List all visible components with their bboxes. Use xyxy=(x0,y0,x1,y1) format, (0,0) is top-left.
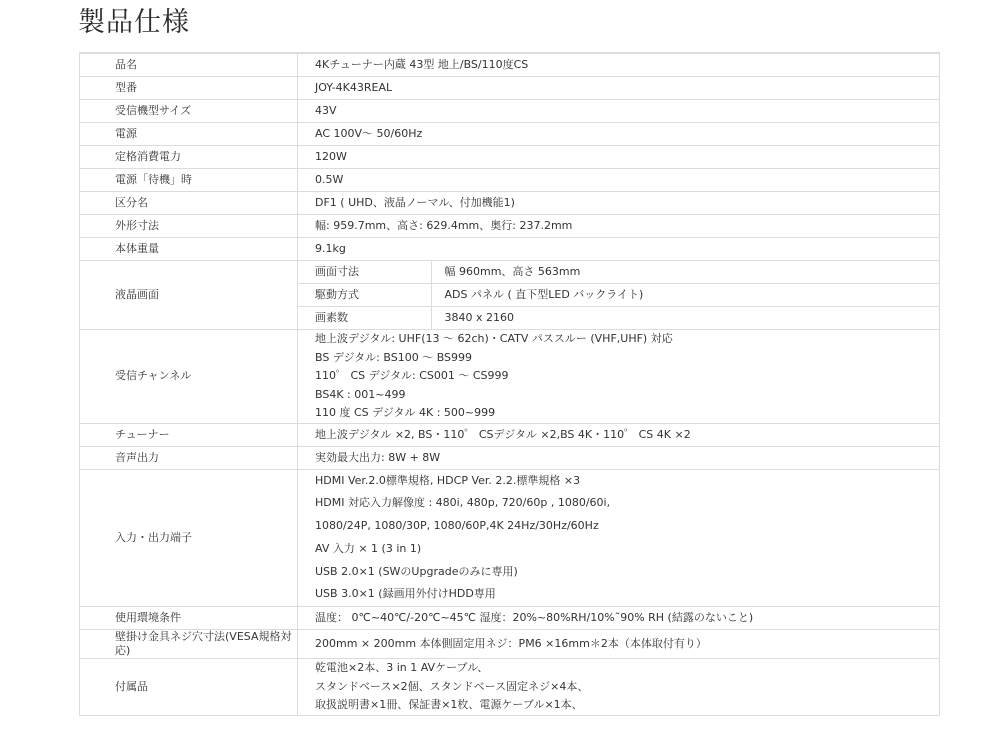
spec-value: 温度： 0℃~40℃/-20℃~45℃ 湿度：20%~80%RH/10%˜90%… xyxy=(298,607,940,630)
spec-row-dimensions: 外形寸法 幅: 959.7mm、高さ: 629.4mm、奥行: 237.2mm xyxy=(80,215,940,238)
lcd-sub-table: 画面寸法 幅 960mm、高さ 563mm 駆動方式 ADS パネル ( 直下型… xyxy=(298,261,939,329)
spec-row-category: 区分名 DF1 ( UHD、液晶ノーマル、付加機能1) xyxy=(80,192,940,215)
spec-label: 入力・出力端子 xyxy=(80,469,298,607)
spec-label: 液晶画面 xyxy=(80,261,298,330)
io-line: HDMI 対応入力解像度 : 480i, 480p, 720/60p , 108… xyxy=(315,492,939,515)
io-line: USB 2.0×1 (SWのUpgradeのみに専用) xyxy=(315,561,939,584)
spec-label: 受信チャンネル xyxy=(80,330,298,424)
io-line: USB 3.0×1 (録画用外付けHDD専用 xyxy=(315,583,939,606)
spec-label: 外形寸法 xyxy=(80,215,298,238)
accessory-line: 乾電池×2本、3 in 1 AVケーブル、 xyxy=(315,659,939,678)
lcd-row-resolution: 画素数 3840 x 2160 xyxy=(298,307,939,330)
spec-label: 型番 xyxy=(80,77,298,100)
spec-label: 受信機型サイズ xyxy=(80,100,298,123)
spec-value-multiline: 乾電池×2本、3 in 1 AVケーブル、 スタンドベース×2個、スタンドベース… xyxy=(298,659,940,716)
channel-line: BS4K : 001~499 xyxy=(315,386,939,405)
sub-value: 幅 960mm、高さ 563mm xyxy=(431,261,939,284)
spec-row-screen-size: 受信機型サイズ 43V xyxy=(80,100,940,123)
io-line: AV 入力 × 1 (3 in 1) xyxy=(315,538,939,561)
spec-label: 区分名 xyxy=(80,192,298,215)
spec-value: 200mm × 200mm 本体側固定用ネジ：PM6 ×16mm＊2本（本体取付… xyxy=(298,630,940,659)
sub-label: 画面寸法 xyxy=(298,261,431,284)
lcd-panel-details: 画面寸法 幅 960mm、高さ 563mm 駆動方式 ADS パネル ( 直下型… xyxy=(298,261,940,330)
sub-label: 駆動方式 xyxy=(298,284,431,307)
lcd-row-screen-dimensions: 画面寸法 幅 960mm、高さ 563mm xyxy=(298,261,939,284)
accessory-line: 取扱説明書×1冊、保証書×1枚、電源ケーブル×1本、 xyxy=(315,696,939,715)
io-line: 1080/24P, 1080/30P, 1080/60P,4K 24Hz/30H… xyxy=(315,515,939,538)
io-line: HDMI Ver.2.0標準規格, HDCP Ver. 2.2.標準規格 ×3 xyxy=(315,470,939,493)
spec-row-audio-output: 音声出力 実効最大出力: 8W + 8W xyxy=(80,446,940,469)
lcd-row-drive-method: 駆動方式 ADS パネル ( 直下型LED バックライト) xyxy=(298,284,939,307)
spec-label: 定格消費電力 xyxy=(80,146,298,169)
spec-row-environment: 使用環境条件 温度： 0℃~40℃/-20℃~45℃ 湿度：20%~80%RH/… xyxy=(80,607,940,630)
spec-row-rated-power: 定格消費電力 120W xyxy=(80,146,940,169)
spec-row-vesa: 壁掛け金具ネジ穴寸法(VESA規格対応) 200mm × 200mm 本体側固定… xyxy=(80,630,940,659)
spec-value: 地上波デジタル ×2, BS・110゜ CSデジタル ×2,BS 4K・110゜… xyxy=(298,423,940,446)
spec-row-io-ports: 入力・出力端子 HDMI Ver.2.0標準規格, HDCP Ver. 2.2.… xyxy=(80,469,940,607)
spec-value: 9.1kg xyxy=(298,238,940,261)
spec-value: 43V xyxy=(298,100,940,123)
sub-value: ADS パネル ( 直下型LED バックライト) xyxy=(431,284,939,307)
spec-row-accessories: 付属品 乾電池×2本、3 in 1 AVケーブル、 スタンドベース×2個、スタン… xyxy=(80,659,940,716)
sub-label: 画素数 xyxy=(298,307,431,330)
spec-label: 使用環境条件 xyxy=(80,607,298,630)
spec-row-product-name: 品名 4Kチューナー内蔵 43型 地上/BS/110度CS xyxy=(80,53,940,77)
sub-value: 3840 x 2160 xyxy=(431,307,939,330)
spec-value-multiline: 地上波デジタル: UHF(13 ～ 62ch)・CATV パススルー (VHF,… xyxy=(298,330,940,424)
spec-table: 品名 4Kチューナー内蔵 43型 地上/BS/110度CS 型番 JOY-4K4… xyxy=(79,52,940,716)
channel-line: 地上波デジタル: UHF(13 ～ 62ch)・CATV パススルー (VHF,… xyxy=(315,330,939,349)
spec-value: JOY-4K43REAL xyxy=(298,77,940,100)
spec-label: 電源「待機」時 xyxy=(80,169,298,192)
channel-line: 110゜ CS デジタル: CS001 ～ CS999 xyxy=(315,367,939,386)
accessory-line: スタンドベース×2個、スタンドベース固定ネジ×4本、 xyxy=(315,678,939,697)
spec-value: 実効最大出力: 8W + 8W xyxy=(298,446,940,469)
spec-row-tuner: チューナー 地上波デジタル ×2, BS・110゜ CSデジタル ×2,BS 4… xyxy=(80,423,940,446)
spec-label: 電源 xyxy=(80,123,298,146)
spec-value-multiline: HDMI Ver.2.0標準規格, HDCP Ver. 2.2.標準規格 ×3 … xyxy=(298,469,940,607)
spec-label: チューナー xyxy=(80,423,298,446)
spec-value: 120W xyxy=(298,146,940,169)
spec-label: 付属品 xyxy=(80,659,298,716)
page-title: 製品仕様 xyxy=(78,6,190,40)
spec-label: 壁掛け金具ネジ穴寸法(VESA規格対応) xyxy=(80,630,298,659)
spec-row-lcd-panel: 液晶画面 画面寸法 幅 960mm、高さ 563mm 駆動方式 ADS パネル … xyxy=(80,261,940,330)
spec-row-channels: 受信チャンネル 地上波デジタル: UHF(13 ～ 62ch)・CATV パスス… xyxy=(80,330,940,424)
spec-value: 幅: 959.7mm、高さ: 629.4mm、奥行: 237.2mm xyxy=(298,215,940,238)
spec-value: AC 100V～ 50/60Hz xyxy=(298,123,940,146)
spec-value: 4Kチューナー内蔵 43型 地上/BS/110度CS xyxy=(298,53,940,77)
spec-row-weight: 本体重量 9.1kg xyxy=(80,238,940,261)
spec-value: 0.5W xyxy=(298,169,940,192)
spec-row-model-number: 型番 JOY-4K43REAL xyxy=(80,77,940,100)
spec-row-power-source: 電源 AC 100V～ 50/60Hz xyxy=(80,123,940,146)
spec-label: 本体重量 xyxy=(80,238,298,261)
spec-label: 音声出力 xyxy=(80,446,298,469)
spec-label: 品名 xyxy=(80,53,298,77)
spec-value: DF1 ( UHD、液晶ノーマル、付加機能1) xyxy=(298,192,940,215)
channel-line: BS デジタル: BS100 ～ BS999 xyxy=(315,349,939,368)
channel-line: 110 度 CS デジタル 4K : 500~999 xyxy=(315,404,939,423)
spec-row-standby-power: 電源「待機」時 0.5W xyxy=(80,169,940,192)
